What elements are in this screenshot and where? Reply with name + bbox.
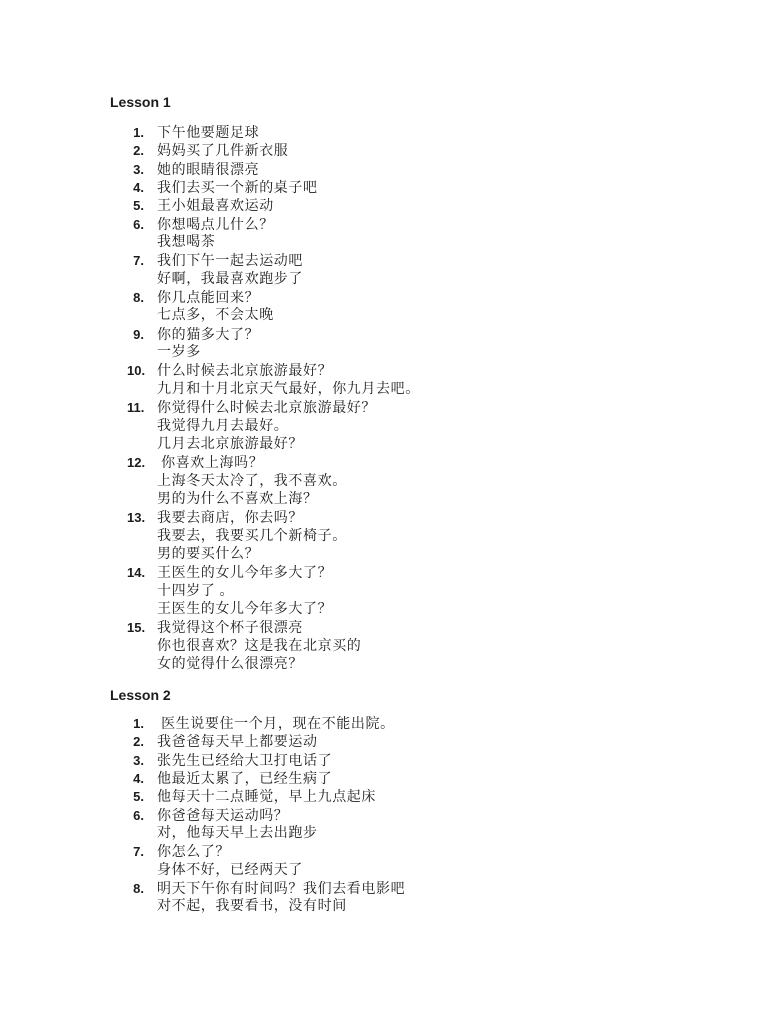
list-item-line: 王医生的女儿今年多大了？ xyxy=(127,601,420,619)
lesson-1-list: 1.下午他要题足球2.妈妈买了几件新衣服3.她的眼睛很漂亮4.我们去买一个新的桌… xyxy=(127,124,420,674)
item-text: 我想喝茶 xyxy=(157,234,215,252)
list-item-line: 8.明天下午你有时间吗？我们去看电影吧 xyxy=(127,880,405,898)
list-item-line: 4.我们去买一个新的桌子吧 xyxy=(127,179,420,197)
item-number: 2. xyxy=(127,733,144,751)
item-text: 男的为什么不喜欢上海？ xyxy=(157,491,318,509)
item-number: 7. xyxy=(127,843,144,861)
list-item-line: 上海冬天太冷了，我不喜欢。 xyxy=(127,473,420,491)
item-text: 你也很喜欢？这是我在北京买的 xyxy=(157,638,361,656)
list-item-line: 12. 你喜欢上海吗？ xyxy=(127,454,420,472)
item-text: 好啊，我最喜欢跑步了 xyxy=(157,271,303,289)
lesson-2-heading: Lesson 2 xyxy=(110,687,171,703)
item-number: 8. xyxy=(127,880,144,898)
item-number: 3. xyxy=(127,161,144,179)
list-item-line: 男的要买什么？ xyxy=(127,546,420,564)
item-text: 你怎么了？ xyxy=(157,844,230,862)
list-item-line: 5.王小姐最喜欢运动 xyxy=(127,197,420,215)
item-text: 下午他要题足球 xyxy=(157,125,259,143)
item-number: 4. xyxy=(127,179,144,197)
item-text: 我要去，我要买几个新椅子。 xyxy=(157,528,347,546)
item-number: 3. xyxy=(127,752,144,770)
item-text: 上海冬天太冷了，我不喜欢。 xyxy=(157,473,347,491)
item-text: 医生说要住一个月，现在不能出院。 xyxy=(157,716,395,734)
document-page: Lesson 1 1.下午他要题足球2.妈妈买了几件新衣服3.她的眼睛很漂亮4.… xyxy=(0,0,768,1024)
item-text: 我爸爸每天早上都要运动 xyxy=(157,734,318,752)
list-item-line: 男的为什么不喜欢上海？ xyxy=(127,491,420,509)
item-text: 九月和十月北京天气最好，你九月去吧。 xyxy=(157,381,420,399)
list-item-line: 我想喝茶 xyxy=(127,234,420,252)
list-item-line: 8.你几点能回来？ xyxy=(127,289,420,307)
item-number: 5. xyxy=(127,197,144,215)
list-item-line: 九月和十月北京天气最好，你九月去吧。 xyxy=(127,381,420,399)
list-item-line: 6.你爸爸每天运动吗？ xyxy=(127,807,405,825)
list-item-line: 身体不好，已经两天了 xyxy=(127,862,405,880)
item-number: 5. xyxy=(127,788,144,806)
list-item-line: 5.他每天十二点睡觉，早上九点起床 xyxy=(127,788,405,806)
item-text: 王医生的女儿今年多大了？ xyxy=(157,601,332,619)
item-text: 你想喝点儿什么？ xyxy=(157,217,274,235)
lesson-1-heading: Lesson 1 xyxy=(110,94,171,110)
item-number: 8. xyxy=(127,289,144,307)
list-item-line: 6.你想喝点儿什么？ xyxy=(127,216,420,234)
list-item-line: 2.我爸爸每天早上都要运动 xyxy=(127,733,405,751)
item-text: 几月去北京旅游最好？ xyxy=(157,436,303,454)
item-number: 15. xyxy=(127,619,144,637)
list-item-line: 4.他最近太累了，已经生病了 xyxy=(127,770,405,788)
item-text: 对，他每天早上去出跑步 xyxy=(157,825,318,843)
item-text: 妈妈买了几件新衣服 xyxy=(157,143,288,161)
item-text: 你觉得什么时候去北京旅游最好？ xyxy=(157,400,376,418)
item-text: 女的觉得什么很漂亮？ xyxy=(157,656,303,674)
list-item-line: 几月去北京旅游最好？ xyxy=(127,436,420,454)
item-number: 13. xyxy=(127,509,144,527)
item-text: 她的眼睛很漂亮 xyxy=(157,162,259,180)
list-item-line: 9.你的猫多大了？ xyxy=(127,326,420,344)
item-number: 2. xyxy=(127,142,144,160)
item-text: 我们去买一个新的桌子吧 xyxy=(157,180,318,198)
list-item-line: 十四岁了 。 xyxy=(127,583,420,601)
item-text: 对不起，我要看书，没有时间 xyxy=(157,898,347,916)
item-text: 王小姐最喜欢运动 xyxy=(157,198,274,216)
list-item-line: 一岁多 xyxy=(127,344,420,362)
list-item-line: 对不起，我要看书，没有时间 xyxy=(127,898,405,916)
item-number: 11. xyxy=(127,399,144,417)
item-text: 明天下午你有时间吗？我们去看电影吧 xyxy=(157,881,405,899)
list-item-line: 我觉得九月去最好。 xyxy=(127,418,420,436)
list-item-line: 1.下午他要题足球 xyxy=(127,124,420,142)
item-number: 9. xyxy=(127,326,144,344)
lesson-2-list: 1. 医生说要住一个月，现在不能出院。2.我爸爸每天早上都要运动3.张先生已经给… xyxy=(127,715,405,917)
item-text: 男的要买什么？ xyxy=(157,546,259,564)
list-item-line: 七点多，不会太晚 xyxy=(127,307,420,325)
list-item-line: 女的觉得什么很漂亮？ xyxy=(127,656,420,674)
item-number: 14. xyxy=(127,564,144,582)
list-item-line: 15.我觉得这个杯子很漂亮 xyxy=(127,619,420,637)
item-text: 他最近太累了，已经生病了 xyxy=(157,771,332,789)
item-text: 你爸爸每天运动吗？ xyxy=(157,808,288,826)
list-item-line: 对，他每天早上去出跑步 xyxy=(127,825,405,843)
list-item-line: 14.王医生的女儿今年多大了？ xyxy=(127,564,420,582)
list-item-line: 好啊，我最喜欢跑步了 xyxy=(127,271,420,289)
list-item-line: 3.张先生已经给大卫打电话了 xyxy=(127,752,405,770)
item-text: 十四岁了 。 xyxy=(157,583,234,601)
item-text: 张先生已经给大卫打电话了 xyxy=(157,753,332,771)
item-text: 你几点能回来？ xyxy=(157,290,259,308)
list-item-line: 7.我们下午一起去运动吧 xyxy=(127,252,420,270)
item-number: 1. xyxy=(127,124,144,142)
item-text: 你的猫多大了？ xyxy=(157,327,259,345)
list-item-line: 11.你觉得什么时候去北京旅游最好？ xyxy=(127,399,420,417)
item-text: 你喜欢上海吗？ xyxy=(157,455,263,473)
list-item-line: 13.我要去商店，你去吗？ xyxy=(127,509,420,527)
item-text: 七点多，不会太晚 xyxy=(157,307,274,325)
list-item-line: 7.你怎么了？ xyxy=(127,843,405,861)
item-text: 我们下午一起去运动吧 xyxy=(157,253,303,271)
item-number: 4. xyxy=(127,770,144,788)
item-text: 他每天十二点睡觉，早上九点起床 xyxy=(157,789,376,807)
item-text: 我觉得这个杯子很漂亮 xyxy=(157,620,303,638)
list-item-line: 你也很喜欢？这是我在北京买的 xyxy=(127,638,420,656)
item-text: 什么时候去北京旅游最好？ xyxy=(157,363,332,381)
item-number: 10. xyxy=(127,362,144,380)
item-text: 一岁多 xyxy=(157,344,201,362)
list-item-line: 3.她的眼睛很漂亮 xyxy=(127,161,420,179)
item-number: 7. xyxy=(127,252,144,270)
item-number: 6. xyxy=(127,216,144,234)
list-item-line: 1. 医生说要住一个月，现在不能出院。 xyxy=(127,715,405,733)
item-number: 6. xyxy=(127,807,144,825)
item-text: 我觉得九月去最好。 xyxy=(157,418,288,436)
list-item-line: 我要去，我要买几个新椅子。 xyxy=(127,528,420,546)
item-number: 1. xyxy=(127,715,144,733)
item-text: 我要去商店，你去吗？ xyxy=(157,510,303,528)
item-text: 王医生的女儿今年多大了？ xyxy=(157,565,332,583)
item-text: 身体不好，已经两天了 xyxy=(157,862,303,880)
item-number: 12. xyxy=(127,454,144,472)
list-item-line: 2.妈妈买了几件新衣服 xyxy=(127,142,420,160)
list-item-line: 10.什么时候去北京旅游最好？ xyxy=(127,362,420,380)
